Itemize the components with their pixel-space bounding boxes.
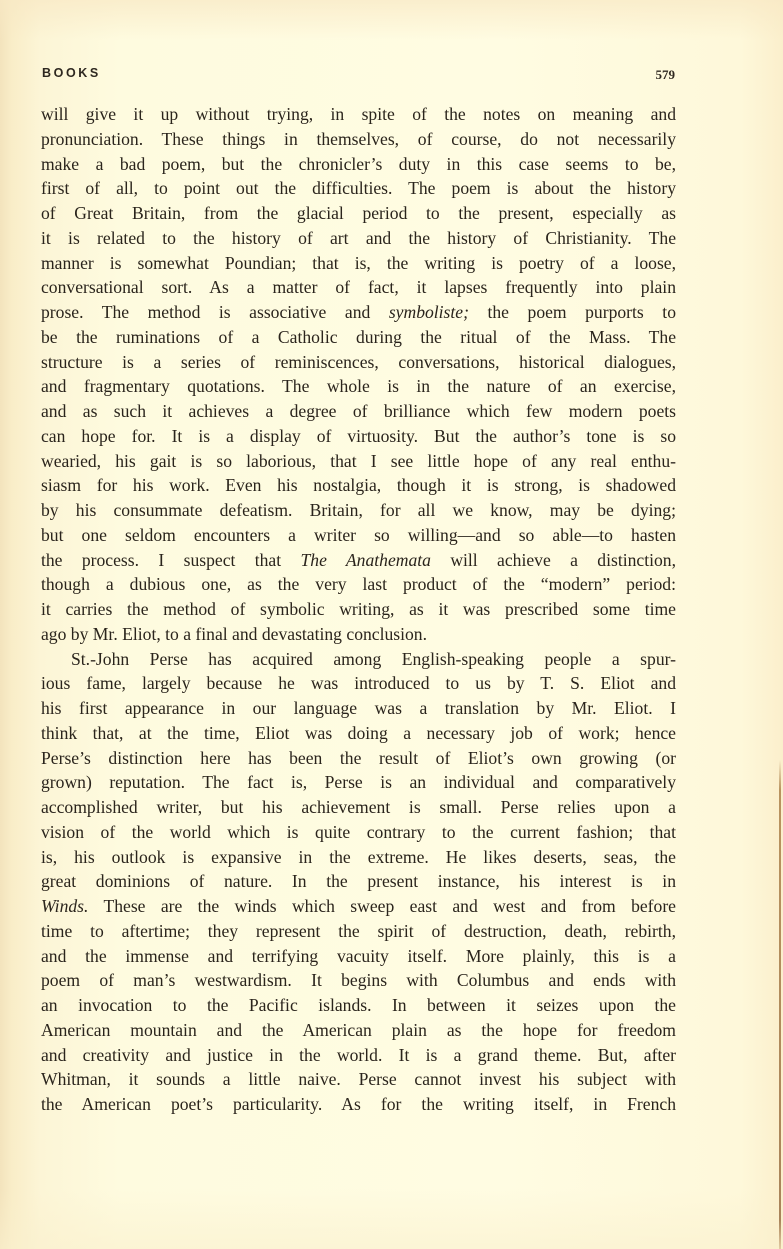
text-line: pronunciation. These things in themselve… <box>41 127 676 152</box>
text-run: siasm for his work. Even his nostalgia, … <box>41 475 676 495</box>
text-line: and fragmentary quotations. The whole is… <box>41 374 676 399</box>
text-line: vision of the world which is quite contr… <box>41 820 676 845</box>
text-line: time to aftertime; they represent the sp… <box>41 919 676 944</box>
text-run: will give it up without trying, in spite… <box>41 104 676 124</box>
text-run: and the immense and terrifying vacuity i… <box>41 946 676 966</box>
paragraph: will give it up without trying, in spite… <box>41 102 676 647</box>
text-run: vision of the world which is quite contr… <box>41 822 676 842</box>
text-line: Winds. These are the winds which sweep e… <box>41 894 676 919</box>
text-run: it carries the method of symbolic writin… <box>41 599 676 619</box>
section-title: BOOKS <box>42 66 101 80</box>
paragraph: St.-John Perse has acquired among Englis… <box>41 647 676 1117</box>
text-line: ago by Mr. Eliot, to a final and devasta… <box>41 622 676 647</box>
text-run: of Great Britain, from the glacial perio… <box>41 203 676 223</box>
text-line: though a dubious one, as the very last p… <box>41 572 676 597</box>
text-run: by his consummate defeatism. Britain, fo… <box>41 500 676 520</box>
text-line: be the ruminations of a Catholic during … <box>41 325 676 350</box>
text-line: the process. I suspect that The Anathema… <box>41 548 676 573</box>
text-line: it carries the method of symbolic writin… <box>41 597 676 622</box>
text-line: will give it up without trying, in spite… <box>41 102 676 127</box>
text-run: and creativity and justice in the world.… <box>41 1045 676 1065</box>
text-run: the American poet’s particularity. As fo… <box>41 1094 676 1114</box>
text-run: first of all, to point out the difficult… <box>41 178 676 198</box>
text-line: poem of man’s westwardism. It begins wit… <box>41 968 676 993</box>
text-run: be the ruminations of a Catholic during … <box>41 327 676 347</box>
text-line: Whitman, it sounds a little naive. Perse… <box>41 1067 676 1092</box>
text-run: make a bad poem, but the chronicler’s du… <box>41 154 676 174</box>
text-run: great dominions of nature. In the presen… <box>41 871 676 891</box>
text-line: by his consummate defeatism. Britain, fo… <box>41 498 676 523</box>
text-line: conversational sort. As a matter of fact… <box>41 275 676 300</box>
text-line: think that, at the time, Eliot was doing… <box>41 721 676 746</box>
text-run: ious fame, largely because he was introd… <box>41 673 676 693</box>
text-line: of Great Britain, from the glacial perio… <box>41 201 676 226</box>
text-run: the process. I suspect that <box>41 550 301 570</box>
text-line: great dominions of nature. In the presen… <box>41 869 676 894</box>
text-run: American mountain and the American plain… <box>41 1020 676 1040</box>
text-run: is, his outlook is expansive in the extr… <box>41 847 676 867</box>
text-line: and creativity and justice in the world.… <box>41 1043 676 1068</box>
text-line: it is related to the history of art and … <box>41 226 676 251</box>
text-run: Perse’s distinction here has been the re… <box>41 748 676 768</box>
text-run: an invocation to the Pacific islands. In… <box>41 995 676 1015</box>
body-text: will give it up without trying, in spite… <box>41 102 676 1117</box>
page-edge-rule <box>779 760 781 1249</box>
text-run: the poem purports to <box>469 302 676 322</box>
text-run: think that, at the time, Eliot was doing… <box>41 723 676 743</box>
text-run: manner is somewhat Poundian; that is, th… <box>41 253 676 273</box>
text-run: St.-John Perse has acquired among Englis… <box>71 649 676 669</box>
text-line: St.-John Perse has acquired among Englis… <box>41 647 676 672</box>
text-line: ious fame, largely because he was introd… <box>41 671 676 696</box>
text-line: and the immense and terrifying vacuity i… <box>41 944 676 969</box>
text-line: grown) reputation. The fact is, Perse is… <box>41 770 676 795</box>
text-run: though a dubious one, as the very last p… <box>41 574 676 594</box>
text-line: make a bad poem, but the chronicler’s du… <box>41 152 676 177</box>
text-line: is, his outlook is expansive in the extr… <box>41 845 676 870</box>
text-run: prose. The method is associative and <box>41 302 389 322</box>
text-line: wearied, his gait is so laborious, that … <box>41 449 676 474</box>
text-run: and as such it achieves a degree of bril… <box>41 401 676 421</box>
text-line: siasm for his work. Even his nostalgia, … <box>41 473 676 498</box>
text-line: but one seldom encounters a writer so wi… <box>41 523 676 548</box>
text-line: can hope for. It is a display of virtuos… <box>41 424 676 449</box>
text-run: accomplished writer, but his achievement… <box>41 797 676 817</box>
text-run: poem of man’s westwardism. It begins wit… <box>41 970 676 990</box>
text-run: it is related to the history of art and … <box>41 228 676 248</box>
text-line: Perse’s distinction here has been the re… <box>41 746 676 771</box>
running-head: BOOKS 579 <box>41 66 676 86</box>
text-line: and as such it achieves a degree of bril… <box>41 399 676 424</box>
text-run: his first appearance in our language was… <box>41 698 676 718</box>
text-run: but one seldom encounters a writer so wi… <box>41 525 676 545</box>
text-line: structure is a series of reminiscences, … <box>41 350 676 375</box>
text-line: his first appearance in our language was… <box>41 696 676 721</box>
text-line: American mountain and the American plain… <box>41 1018 676 1043</box>
text-line: prose. The method is associative and sym… <box>41 300 676 325</box>
text-run: wearied, his gait is so laborious, that … <box>41 451 676 471</box>
text-run: These are the winds which sweep east and… <box>88 896 676 916</box>
text-run: Whitman, it sounds a little naive. Perse… <box>41 1069 676 1089</box>
text-run: ago by Mr. Eliot, to a final and devasta… <box>41 624 427 644</box>
text-line: manner is somewhat Poundian; that is, th… <box>41 251 676 276</box>
text-run: time to aftertime; they represent the sp… <box>41 921 676 941</box>
text-line: an invocation to the Pacific islands. In… <box>41 993 676 1018</box>
text-run: conversational sort. As a matter of fact… <box>41 277 676 297</box>
italic-title: Winds. <box>41 896 88 916</box>
page-bottom-shading <box>0 1189 783 1249</box>
text-run: will achieve a distinction, <box>431 550 676 570</box>
text-run: and fragmentary quotations. The whole is… <box>41 376 676 396</box>
text-run: grown) reputation. The fact is, Perse is… <box>41 772 676 792</box>
text-run: pronunciation. These things in themselve… <box>41 129 676 149</box>
text-line: the American poet’s particularity. As fo… <box>41 1092 676 1117</box>
italic-title: symboliste; <box>389 302 469 322</box>
text-line: accomplished writer, but his achievement… <box>41 795 676 820</box>
page-top-shading <box>0 0 783 40</box>
text-run: structure is a series of reminiscences, … <box>41 352 676 372</box>
text-line: first of all, to point out the difficult… <box>41 176 676 201</box>
page-number: 579 <box>656 67 676 83</box>
italic-title: The Anathemata <box>301 550 431 570</box>
text-run: can hope for. It is a display of virtuos… <box>41 426 676 446</box>
